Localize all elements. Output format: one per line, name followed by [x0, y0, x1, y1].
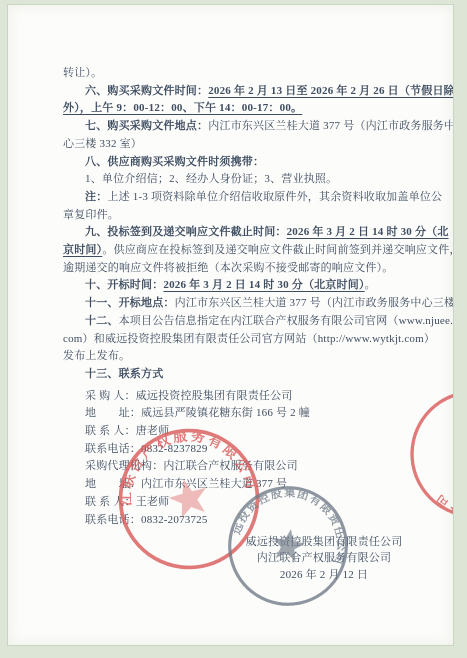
item-13-heading: 十三、联系方式: [85, 368, 163, 380]
transfer-clause-end: 转让）。: [63, 67, 102, 79]
note-text-part2: 章复印件。: [63, 209, 119, 221]
doc-line: 章复印件。: [63, 207, 447, 225]
doc-line: 京时间）。供应商应在投标签到及递交响应文件截止时间前签到并递交响应文件，: [63, 242, 447, 260]
buyer-phone-line: 联系电话：0832-8237829: [63, 441, 447, 459]
doc-line: 1、单位介绍信；2、经办人身份证；3、营业执照。: [63, 171, 447, 189]
signature-block: 威远投资控股集团有限责任公司 内江联合产权服务有限公司 2026 年 2 月 1…: [238, 534, 410, 583]
doc-line: 转让）。: [63, 65, 447, 83]
doc-line: 发布上发布。: [63, 348, 447, 366]
doc-line: 七、购买采购文件地点：内江市东兴区兰桂大道 377 号（内江市政务服务中: [63, 118, 447, 136]
submission-deadline-part2: 京时间）: [63, 244, 102, 256]
item-10-heading: 十、开标时间：: [85, 279, 163, 291]
submission-deadline-part1: 2026 年 3 月 2 日 14 时 30 分（北: [287, 226, 449, 238]
doc-line: 外），上午 9：00-12：00、下午 14：00-17：00。: [63, 100, 447, 118]
agency-contact-person-line: 联 系 人：王老师: [63, 494, 447, 512]
publish-text: 发布上发布。: [63, 350, 130, 362]
doc-line: com）和威远投资控股集团有限责任公司官方网站（http://www.wytkj…: [63, 331, 447, 349]
doc-line: 逾期递交的响应文件将被拒绝（本次采购不接受邮寄的响应文件）。: [63, 260, 447, 278]
agency-phone-line: 联系电话：0832-2073725: [63, 512, 447, 530]
bid-opening-time: 2026 年 3 月 2 日 14 时 30 分（北京时间）: [163, 279, 364, 291]
buyer-contact-person-line: 联 系 人：唐老师: [63, 423, 447, 441]
doc-line: 十、开标时间：2026 年 3 月 2 日 14 时 30 分（北京时间）。: [63, 277, 447, 295]
note-text-part1: 上述 1-3 项资料除单位介绍信收取原件外，其余资料收取加盖单位公: [107, 191, 442, 203]
late-submission-text: 逾期递交的响应文件将被拒绝（本次采购不接受邮寄的响应文件）。: [63, 262, 394, 274]
buyer-address-line: 地 址：威远县严陵镇花糖东街 166 号 2 幢: [63, 405, 447, 423]
item-12-heading: 十二、: [85, 315, 119, 327]
announcement-website-part2: com）和威远投资控股集团有限责任公司官方网站（http://www.wytkj…: [63, 333, 435, 345]
note-label: 注：: [85, 191, 107, 203]
doc-line: 十三、联系方式: [63, 366, 447, 384]
doc-line: 九、投标签到及递交响应文件截止时间：2026 年 3 月 2 日 14 时 30…: [63, 224, 447, 242]
doc-line: 心三楼 332 室）: [63, 136, 447, 154]
purchase-location-part1: 内江市东兴区兰桂大道 377 号（内江市政务服务中: [208, 120, 454, 132]
document-body: 转让）。 六、购买采购文件时间：2026 年 2 月 13 日至 2026 年 …: [63, 65, 447, 529]
purchase-location-part2: 心三楼 332 室）: [63, 138, 142, 150]
item-11-heading: 十一、开标地点：: [85, 297, 175, 309]
submission-rule-text: 。供应商应在投标签到及递交响应文件截止时间前签到并递交响应文件，: [102, 244, 454, 256]
signature-date: 2026 年 2 月 12 日: [238, 567, 410, 583]
contact-info-block: 采 购 人：威远投资控股集团有限责任公司 地 址：威远县严陵镇花糖东街 166 …: [63, 388, 447, 530]
item-8-heading: 八、供应商购买采购文件时须携带：: [85, 156, 264, 168]
required-documents-list: 1、单位介绍信；2、经办人身份证；3、营业执照。: [85, 173, 337, 185]
agency-address-line: 地 址：内江市东兴区兰桂大道 377 号: [63, 476, 447, 494]
period-mark: 。: [365, 279, 376, 291]
item-7-heading: 七、购买采购文件地点：: [85, 120, 208, 132]
purchase-period-part2: 外），上午 9：00-12：00、下午 14：00-17：00。: [63, 102, 302, 114]
signature-buyer-org: 威远投资控股集团有限责任公司: [238, 534, 410, 550]
purchase-period-part1: 2026 年 2 月 13 日至 2026 年 2 月 26 日（节假日除: [208, 85, 454, 97]
doc-line: 八、供应商购买采购文件时须携带：: [63, 154, 447, 172]
bid-opening-location: 内江市东兴区兰桂大道 377 号（内江市政务服务中心三楼）。: [175, 297, 454, 309]
item-9-heading: 九、投标签到及递交响应文件截止时间：: [85, 226, 287, 238]
doc-line: 十一、开标地点：内江市东兴区兰桂大道 377 号（内江市政务服务中心三楼）。: [63, 295, 447, 313]
item-6-heading: 六、购买采购文件时间：: [85, 85, 208, 97]
buyer-name-line: 采 购 人：威远投资控股集团有限责任公司: [63, 388, 447, 406]
doc-line: 六、购买采购文件时间：2026 年 2 月 13 日至 2026 年 2 月 2…: [63, 83, 447, 101]
scanned-page: 转让）。 六、购买采购文件时间：2026 年 2 月 13 日至 2026 年 …: [7, 4, 454, 646]
doc-line: 十二、本项目公告信息指定在内江联合产权服务有限公司官网（www.njuee.: [63, 313, 447, 331]
signature-agency-org: 内江联合产权服务有限公司: [238, 550, 410, 566]
announcement-website-part1: 本项目公告信息指定在内江联合产权服务有限公司官网（www.njuee.: [119, 315, 453, 327]
doc-line: 注：上述 1-3 项资料除单位介绍信收取原件外，其余资料收取加盖单位公: [63, 189, 447, 207]
agency-name-line: 采购代理机构：内江联合产权服务有限公司: [63, 458, 447, 476]
